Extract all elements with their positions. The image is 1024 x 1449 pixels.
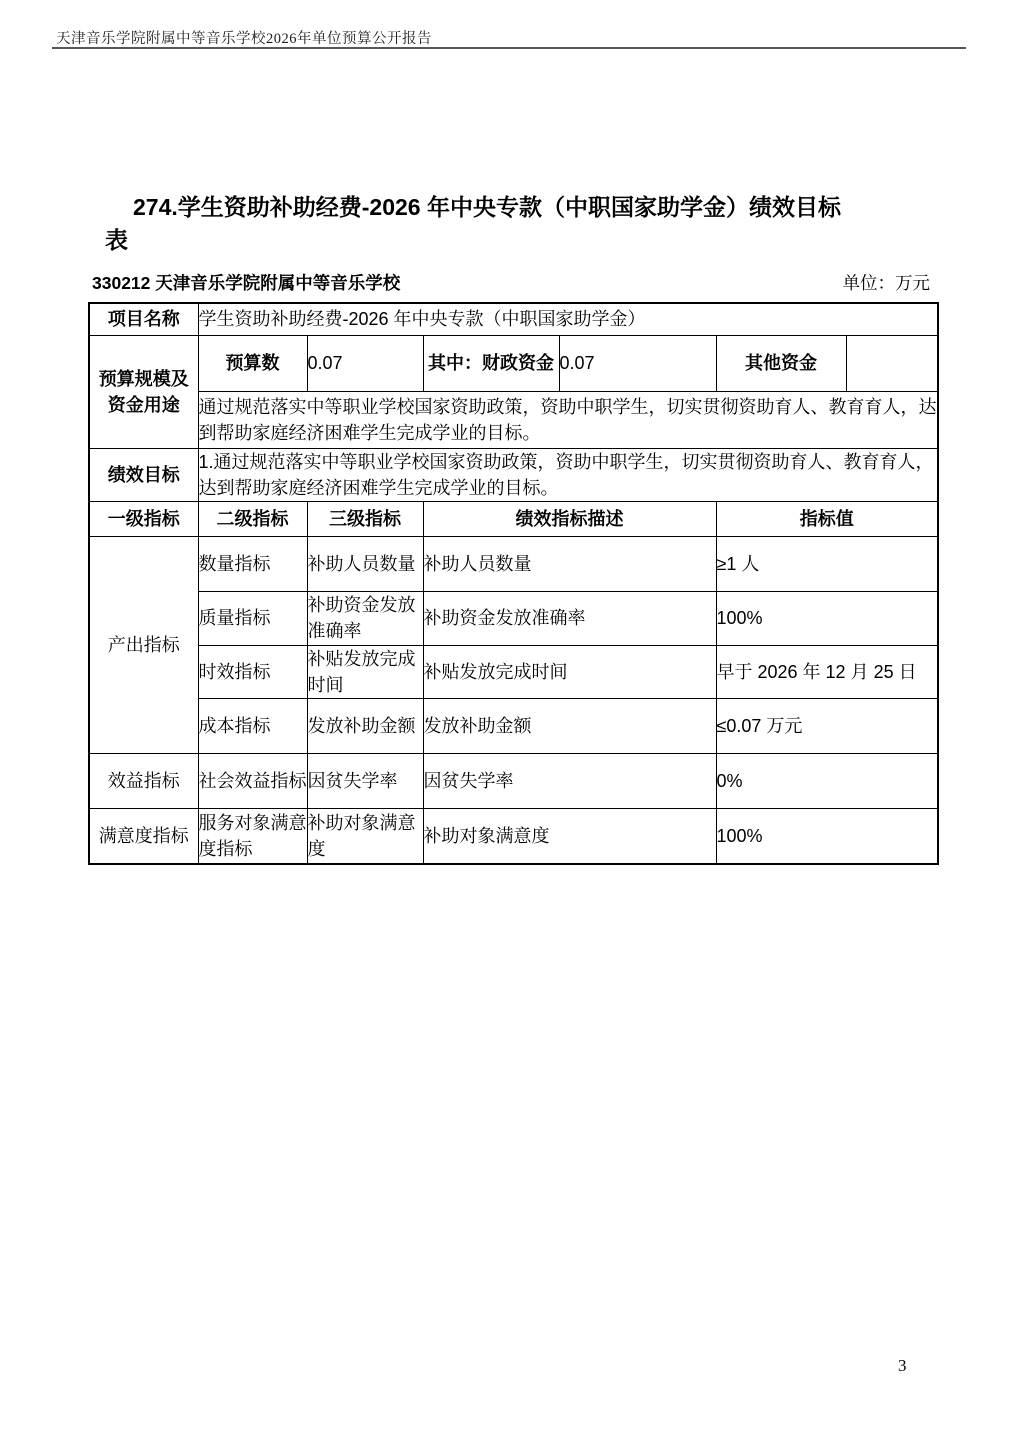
- level1-satisfaction-cell: 满意度指标: [89, 808, 198, 864]
- other-funds-value-cell: [846, 335, 938, 391]
- org-code-name: 330212 天津音乐学院附属中等音乐学校: [92, 270, 400, 295]
- indicator-desc-cell: 补贴发放完成时间: [423, 645, 716, 698]
- header-level1-cell: 一级指标: [89, 501, 198, 536]
- document-page: 天津音乐学院附属中等音乐学校2026年单位预算公开报告 274.学生资助补助经费…: [0, 0, 1024, 1449]
- indicator-value-cell: 早于 2026 年 12 月 25 日: [716, 645, 938, 698]
- fiscal-funds-label-cell: 其中：财政资金: [423, 335, 559, 391]
- other-funds-label-cell: 其他资金: [716, 335, 846, 391]
- indicator-value-cell: 0%: [716, 753, 938, 808]
- level2-cell: 质量指标: [198, 591, 307, 645]
- level2-cell: 数量指标: [198, 536, 307, 591]
- indicator-row: 质量指标 补助资金发放准确率 补助资金发放准确率 100%: [89, 591, 938, 645]
- page-title: 274.学生资助补助经费-2026 年中央专款（中职国家助学金）绩效目标 表: [90, 191, 932, 257]
- performance-goal-row: 绩效目标 1.通过规范落实中等职业学校国家资助政策，资助中职学生，切实贯彻资助育…: [89, 448, 938, 501]
- page-title-line1: 274.学生资助补助经费-2026 年中央专款（中职国家助学金）绩效目标: [90, 191, 932, 224]
- header-level2-cell: 二级指标: [198, 501, 307, 536]
- fund-usage-row: 通过规范落实中等职业学校国家资助政策，资助中职学生，切实贯彻资助育人、教育育人，…: [89, 391, 938, 448]
- page-title-line2: 表: [90, 224, 932, 257]
- project-name-value-cell: 学生资助补助经费-2026 年中央专款（中职国家助学金）: [198, 303, 938, 335]
- header-description-cell: 绩效指标描述: [423, 501, 716, 536]
- budget-number-value-cell: 0.07: [307, 335, 423, 391]
- indicator-row: 成本指标 发放补助金额 发放补助金额 ≤0.07 万元: [89, 698, 938, 753]
- header-value-cell: 指标值: [716, 501, 938, 536]
- running-header: 天津音乐学院附属中等音乐学校2026年单位预算公开报告: [56, 27, 432, 48]
- level2-cell: 成本指标: [198, 698, 307, 753]
- level1-output-cell: 产出指标: [89, 536, 198, 753]
- level2-cell: 服务对象满意度指标: [198, 808, 307, 864]
- performance-goal-text-cell: 1.通过规范落实中等职业学校国家资助政策，资助中职学生，切实贯彻资助育人、教育育…: [198, 448, 938, 501]
- level3-cell: 补助人员数量: [307, 536, 423, 591]
- indicator-desc-cell: 因贫失学率: [423, 753, 716, 808]
- indicator-row: 时效指标 补贴发放完成时间 补贴发放完成时间 早于 2026 年 12 月 25…: [89, 645, 938, 698]
- performance-target-table: 项目名称 学生资助补助经费-2026 年中央专款（中职国家助学金） 预算规模及资…: [88, 302, 939, 865]
- performance-goal-label-cell: 绩效目标: [89, 448, 198, 501]
- level3-cell: 因贫失学率: [307, 753, 423, 808]
- level2-cell: 社会效益指标: [198, 753, 307, 808]
- fund-usage-text-cell: 通过规范落实中等职业学校国家资助政策，资助中职学生，切实贯彻资助育人、教育育人，…: [198, 391, 938, 448]
- unit-label: 单位：万元: [843, 270, 931, 295]
- level3-cell: 补贴发放完成时间: [307, 645, 423, 698]
- table-subheading: 330212 天津音乐学院附属中等音乐学校 单位：万元: [92, 270, 930, 295]
- fiscal-funds-value-cell: 0.07: [559, 335, 716, 391]
- level3-cell: 补助资金发放准确率: [307, 591, 423, 645]
- indicator-value-cell: 100%: [716, 591, 938, 645]
- project-name-label-cell: 项目名称: [89, 303, 198, 335]
- indicator-value-cell: ≤0.07 万元: [716, 698, 938, 753]
- project-name-row: 项目名称 学生资助补助经费-2026 年中央专款（中职国家助学金）: [89, 303, 938, 335]
- indicator-row: 满意度指标 服务对象满意度指标 补助对象满意度 补助对象满意度 100%: [89, 808, 938, 864]
- budget-scale-label-cell: 预算规模及资金用途: [89, 335, 198, 448]
- level1-benefit-cell: 效益指标: [89, 753, 198, 808]
- indicator-header-row: 一级指标 二级指标 三级指标 绩效指标描述 指标值: [89, 501, 938, 536]
- page-number: 3: [898, 1356, 907, 1376]
- indicator-row: 效益指标 社会效益指标 因贫失学率 因贫失学率 0%: [89, 753, 938, 808]
- indicator-value-cell: ≥1 人: [716, 536, 938, 591]
- indicator-desc-cell: 补助对象满意度: [423, 808, 716, 864]
- indicator-desc-cell: 补助人员数量: [423, 536, 716, 591]
- budget-numbers-row: 预算规模及资金用途 预算数 0.07 其中：财政资金 0.07 其他资金: [89, 335, 938, 391]
- indicator-value-cell: 100%: [716, 808, 938, 864]
- level3-cell: 发放补助金额: [307, 698, 423, 753]
- indicator-desc-cell: 发放补助金额: [423, 698, 716, 753]
- level3-cell: 补助对象满意度: [307, 808, 423, 864]
- header-level3-cell: 三级指标: [307, 501, 423, 536]
- budget-number-label-cell: 预算数: [198, 335, 307, 391]
- indicator-desc-cell: 补助资金发放准确率: [423, 591, 716, 645]
- header-divider: [52, 47, 966, 49]
- level2-cell: 时效指标: [198, 645, 307, 698]
- indicator-row: 产出指标 数量指标 补助人员数量 补助人员数量 ≥1 人: [89, 536, 938, 591]
